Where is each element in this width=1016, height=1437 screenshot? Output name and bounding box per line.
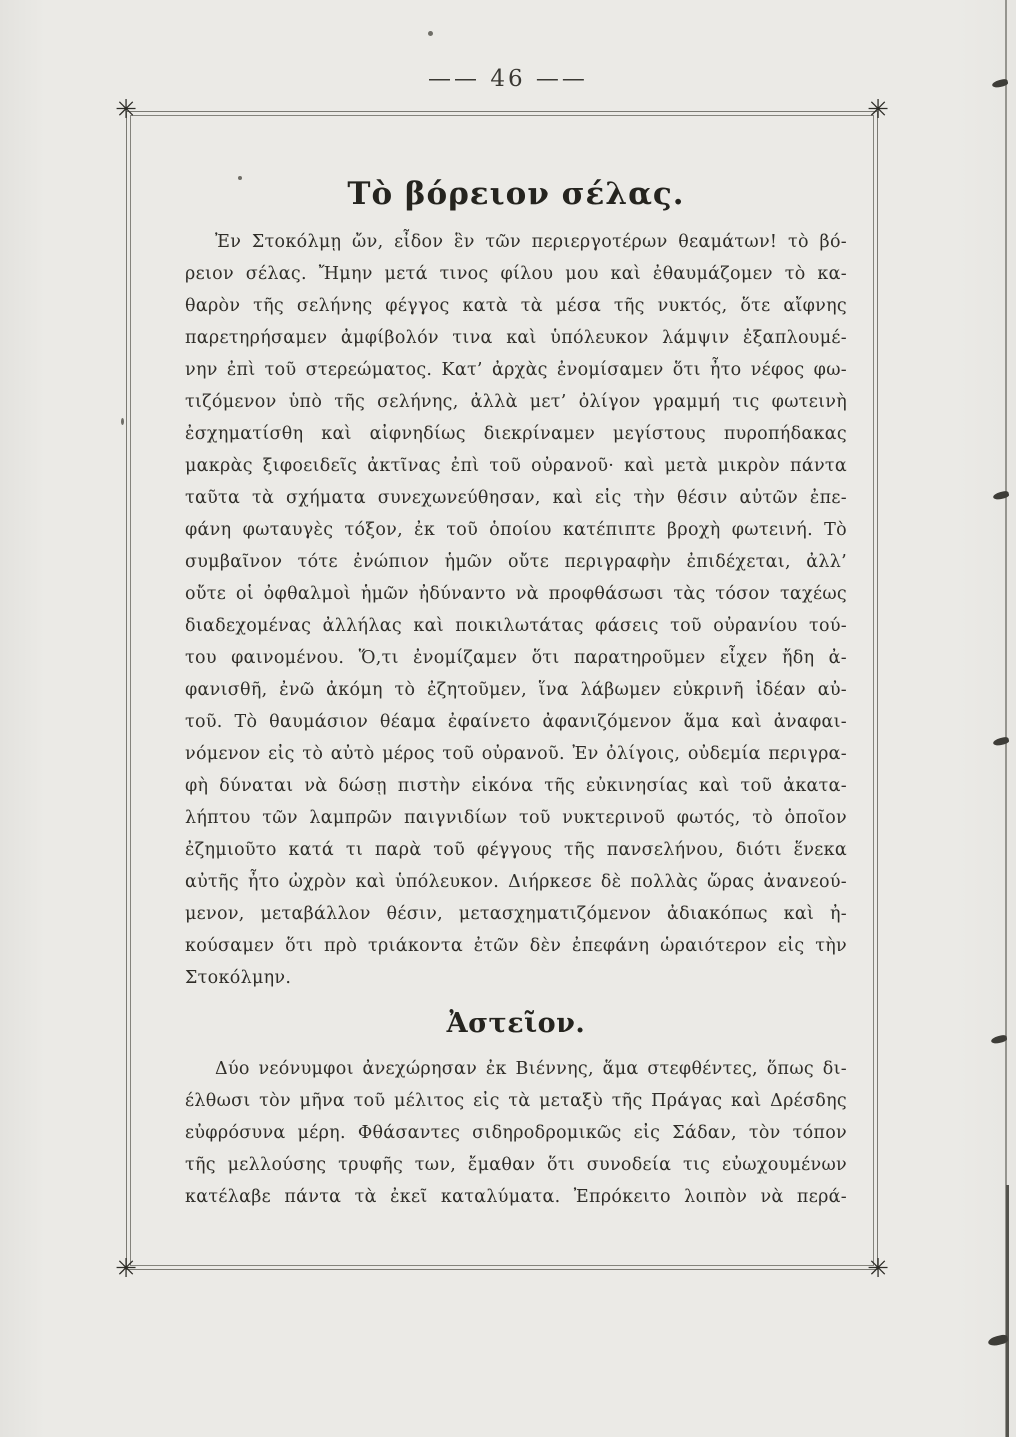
- article-body-aurora: Ἐν Στοκόλμῃ ὤν, εἶδον ἓν τῶν περιεργοτέρ…: [185, 226, 847, 994]
- text-line: ἐζημιοῦτο κατά τι παρὰ τοῦ φέγγους τῆς π…: [185, 834, 847, 866]
- text-line: διαδεχομένας ἀλλήλας καὶ ποικιλωτάτας φά…: [185, 610, 847, 642]
- text-line: ταῦτα τὰ σχήματα συνεχωνεύθησαν, καὶ εἰς…: [185, 482, 847, 514]
- text-line: μακρὰς ξιφοειδεῖς ἀκτῖνας ἐπὶ τοῦ οὐρανο…: [185, 450, 847, 482]
- asterisk-ornament-icon: ✳: [865, 97, 891, 123]
- text-line: νόμενον εἰς τὸ αὐτὸ μέρος τοῦ οὐρανοῦ. Ἐ…: [185, 738, 847, 770]
- scan-artifact: [992, 490, 1009, 501]
- text-line: ρειον σέλας. Ἤμην μετά τινος φίλου μου κ…: [185, 258, 847, 290]
- text-line: Στοκόλμην.: [185, 962, 847, 994]
- text-line: έλθωσι τὸν μῆνα τοῦ μέλιτος εἰς τὰ μεταξ…: [185, 1085, 847, 1117]
- page-number: —— 46 ——: [0, 66, 1016, 92]
- text-line: φανισθῆ, ἐνῶ ἀκόμη τὸ ἐζητοῦμεν, ἵνα λάβ…: [185, 674, 847, 706]
- asterisk-ornament-icon: ✳: [865, 1256, 891, 1282]
- ink-speck: [238, 176, 242, 180]
- decorative-frame: ✳ ✳ ✳ ✳ Τὸ βόρειον σέλας. Ἐν Στοκόλμῃ ὤν…: [126, 111, 878, 1270]
- text-line: νην ἐπὶ τοῦ στερεώματος. Κατ’ ἀρχὰς ἐνομ…: [185, 354, 847, 386]
- article-title-joke: Ἀστεῖον.: [185, 1008, 847, 1039]
- asterisk-ornament-icon: ✳: [113, 1256, 139, 1282]
- text-line: κατέλαβε πάντα τὰ ἐκεῖ καταλύματα. Ἐπρόκ…: [185, 1181, 847, 1213]
- text-line: κούσαμεν ὅτι πρὸ τριάκοντα ἐτῶν δὲν ἐπεφ…: [185, 930, 847, 962]
- ink-speck: [428, 31, 433, 36]
- text-line: συμβαῖνον τότε ἐνώπιον ἡμῶν οὔτε περιγρα…: [185, 546, 847, 578]
- text-line: μενον, μεταβάλλον θέσιν, μετασχηματιζόμε…: [185, 898, 847, 930]
- asterisk-ornament-icon: ✳: [113, 97, 139, 123]
- ink-speck: [121, 418, 124, 425]
- text-line: τῆς μελλούσης τρυφῆς των, ἔμαθαν ὅτι συν…: [185, 1149, 847, 1181]
- text-line: του φαινομένου. Ὅ,τι ἐνομίζαμεν ὅτι παρα…: [185, 642, 847, 674]
- page-edge-shadow-dark: [1006, 1185, 1009, 1437]
- text-line: παρετηρήσαμεν ἀμφίβολόν τινα καὶ ὑπόλευκ…: [185, 322, 847, 354]
- text-line: Δύο νεόνυμφοι ἀνεχώρησαν ἐκ Βιέννης, ἅμα…: [185, 1053, 847, 1085]
- text-line: αὐτῆς ἦτο ὠχρὸν καὶ ὑπόλευκον. Διήρκεσε …: [185, 866, 847, 898]
- text-line: τιζόμενον ὑπὸ τῆς σελήνης, ἀλλὰ μετ’ ὀλί…: [185, 386, 847, 418]
- text-line: φὴ δύναται νὰ δώσῃ πιστὴν εἰκόνα τῆς εὐκ…: [185, 770, 847, 802]
- text-line: οὔτε οἱ ὀφθαλμοὶ ἡμῶν ἠδύναντο νὰ προφθά…: [185, 578, 847, 610]
- text-line: λήπτου τῶν λαμπρῶν παιγνιδίων τοῦ νυκτερ…: [185, 802, 847, 834]
- text-line: θαρὸν τῆς σελήνης φέγγος κατὰ τὰ μέσα τῆ…: [185, 290, 847, 322]
- text-line: φάνη φωταυγὲς τόξον, ἐκ τοῦ ὁποίου κατέπ…: [185, 514, 847, 546]
- text-line: Ἐν Στοκόλμῃ ὤν, εἶδον ἓν τῶν περιεργοτέρ…: [185, 226, 847, 258]
- page-content: Τὸ βόρειον σέλας. Ἐν Στοκόλμῃ ὤν, εἶδον …: [185, 112, 847, 1213]
- text-line: τοῦ. Τὸ θαυμάσιον θέαμα ἐφαίνετο ἀφανιζό…: [185, 706, 847, 738]
- text-line: ἐσχηματίσθη καὶ αἰφνηδίως διεκρίναμεν με…: [185, 418, 847, 450]
- article-title-aurora: Τὸ βόρειον σέλας.: [185, 176, 847, 212]
- article-body-joke: Δύο νεόνυμφοι ἀνεχώρησαν ἐκ Βιέννης, ἅμα…: [185, 1053, 847, 1213]
- scanned-book-page: —— 46 —— ✳ ✳ ✳ ✳ Τὸ βόρειον σέλας. Ἐν Στ…: [0, 0, 1016, 1437]
- scan-artifact: [992, 736, 1009, 747]
- text-line: εὐφρόσυνα μέρη. Φθάσαντες σιδηροδρομικῶς…: [185, 1117, 847, 1149]
